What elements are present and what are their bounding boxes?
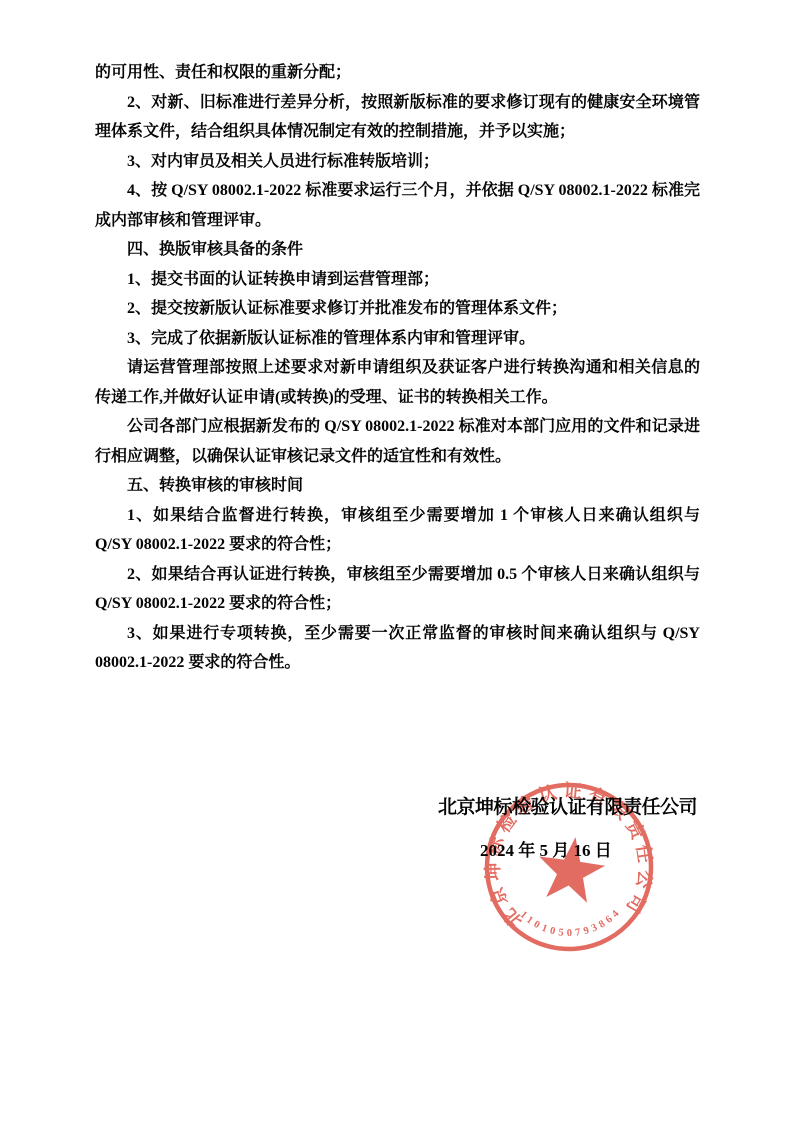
document-page: 的可用性、责任和权限的重新分配； 2、对新、旧标准进行差异分析，按照新版标准的要…: [0, 0, 794, 1123]
paragraph: 4、按 Q/SY 08002.1-2022 标准要求运行三个月，并依据 Q/SY…: [95, 176, 700, 235]
paragraph: 1、如果结合监督进行转换，审核组至少需要增加 1 个审核人日来确认组织与 Q/S…: [95, 501, 700, 560]
paragraph: 2、如果结合再认证进行转换，审核组至少需要增加 0.5 个审核人日来确认组织与 …: [95, 560, 700, 619]
paragraph: 2、对新、旧标准进行差异分析，按照新版标准的要求修订现有的健康安全环境管理体系文…: [95, 88, 700, 147]
paragraph: 3、如果进行专项转换，至少需要一次正常监督的审核时间来确认组织与 Q/SY 08…: [95, 619, 700, 678]
paragraph: 五、转换审核的审核时间: [95, 471, 700, 501]
seal-group: 北京坤标检验认证有限责任公司 1101050793864: [481, 779, 657, 955]
paragraph: 1、提交书面的认证转换申请到运营管理部；: [95, 265, 700, 295]
paragraph: 请运营管理部按照上述要求对新申请组织及获证客户进行转换沟通和相关信息的传递工作,…: [95, 353, 700, 412]
company-seal: 北京坤标检验认证有限责任公司 1101050793864: [481, 779, 657, 955]
paragraph: 2、提交按新版认证标准要求修订并批准发布的管理体系文件；: [95, 294, 700, 324]
document-body: 的可用性、责任和权限的重新分配； 2、对新、旧标准进行差异分析，按照新版标准的要…: [95, 58, 700, 678]
star-icon: [534, 833, 609, 905]
paragraph: 3、完成了依据新版认证标准的管理体系内审和管理评审。: [95, 324, 700, 354]
paragraph: 四、换版审核具备的条件: [95, 235, 700, 265]
paragraph: 3、对内审员及相关人员进行标准转版培训；: [95, 147, 700, 177]
paragraph: 的可用性、责任和权限的重新分配；: [95, 58, 700, 88]
paragraph: 公司各部门应根据新发布的 Q/SY 08002.1-2022 标准对本部门应用的…: [95, 412, 700, 471]
